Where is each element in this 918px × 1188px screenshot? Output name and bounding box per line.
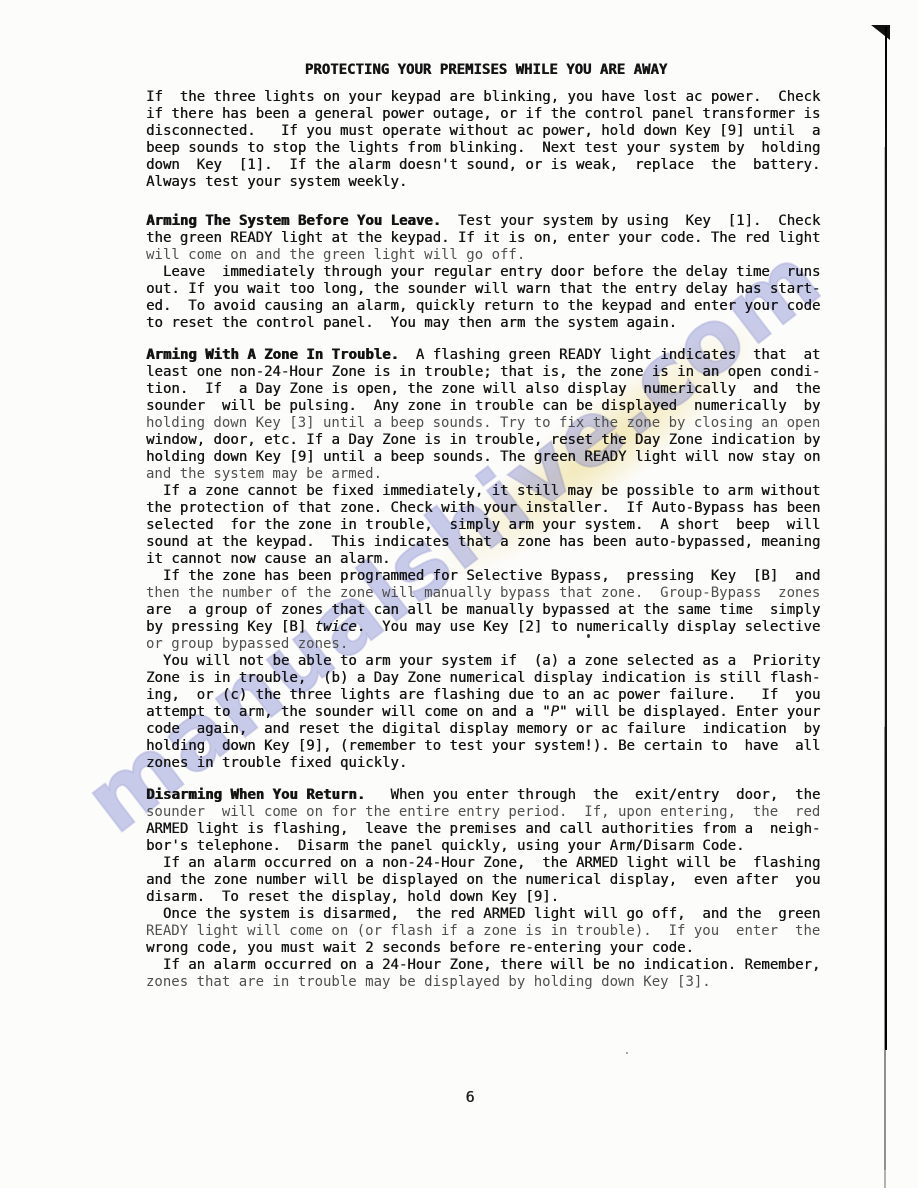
text-line: and the zone number will be displayed on… xyxy=(146,872,826,889)
text-line: If a zone cannot be fixed immediately, i… xyxy=(146,483,826,500)
text-line: Once the system is disarmed, the red ARM… xyxy=(146,906,826,923)
scan-edge-line xyxy=(885,27,887,1050)
text-line: it cannot now cause an alarm. xyxy=(146,551,826,568)
page-number: 6 xyxy=(140,1088,800,1106)
ac-power-paragraph: If the three lights on your keypad are b… xyxy=(146,89,826,191)
text-line: holding down Key [9] until a beep sounds… xyxy=(146,449,826,466)
text-line: to reset the control panel. You may then… xyxy=(146,315,826,332)
text-line: code again, and reset the digital displa… xyxy=(146,721,826,738)
manual-page: manualshive.com PROTECTING YOUR PREMISES… xyxy=(0,0,918,1188)
text-line: You will not be able to arm your system … xyxy=(146,653,826,670)
text-line: If the three lights on your keypad are b… xyxy=(146,89,826,106)
disarming-when-you-return-section: Disarming When You Return. When you ente… xyxy=(146,787,826,991)
text-line: Disarming When You Return. When you ente… xyxy=(146,787,826,804)
text-line: by pressing Key [B] twice. You may use K… xyxy=(146,619,826,636)
text-line: READY light will come on (or flash if a … xyxy=(146,923,826,940)
text-line: window, door, etc. If a Day Zone is in t… xyxy=(146,432,826,449)
text-line: and the system may be armed. xyxy=(146,466,826,483)
text-line: If the zone has been programmed for Sele… xyxy=(146,568,826,585)
page-paragraphs: If the three lights on your keypad are b… xyxy=(146,89,826,991)
text-line: or group bypassed zones. xyxy=(146,636,826,653)
text-line: down Key [1]. If the alarm doesn't sound… xyxy=(146,157,826,174)
text-line: Always test your system weekly. xyxy=(146,174,826,191)
text-line: zones that are in trouble may be display… xyxy=(146,974,826,991)
text-line: ing, or (c) the three lights are flashin… xyxy=(146,687,826,704)
page-title: PROTECTING YOUR PREMISES WHILE YOU ARE A… xyxy=(146,62,826,79)
scan-speck xyxy=(626,1052,628,1054)
text-line: zones in trouble fixed quickly. xyxy=(146,755,826,772)
text-line: Arming The System Before You Leave. Test… xyxy=(146,213,826,230)
text-line: holding down Key [3] until a beep sounds… xyxy=(146,415,826,432)
text-line: tion. If a Day Zone is open, the zone wi… xyxy=(146,381,826,398)
arming-before-you-leave-section: Arming The System Before You Leave. Test… xyxy=(146,213,826,332)
text-line: sound at the keypad. This indicates that… xyxy=(146,534,826,551)
text-line: selected for the zone in trouble, simply… xyxy=(146,517,826,534)
text-line: will come on and the green light will go… xyxy=(146,247,826,264)
text-line: Arming With A Zone In Trouble. A flashin… xyxy=(146,347,826,364)
page-text: PROTECTING YOUR PREMISES WHILE YOU ARE A… xyxy=(146,62,826,991)
text-line: then the number of the zone will manuall… xyxy=(146,585,826,602)
text-line: Leave immediately through your regular e… xyxy=(146,264,826,281)
text-line: If an alarm occurred on a non-24-Hour Zo… xyxy=(146,855,826,872)
arming-with-zone-in-trouble-section: Arming With A Zone In Trouble. A flashin… xyxy=(146,347,826,772)
text-line: disarm. To reset the display, hold down … xyxy=(146,889,826,906)
text-line: bor's telephone. Disarm the panel quickl… xyxy=(146,838,826,855)
text-line: beep sounds to stop the lights from blin… xyxy=(146,140,826,157)
text-line: are a group of zones that can all be man… xyxy=(146,602,826,619)
text-line: least one non-24-Hour Zone is in trouble… xyxy=(146,364,826,381)
text-line: sounder will be pulsing. Any zone in tro… xyxy=(146,398,826,415)
text-line: sounder will come on for the entire entr… xyxy=(146,804,826,821)
text-line: ed. To avoid causing an alarm, quickly r… xyxy=(146,298,826,315)
text-line: attempt to arm, the sounder will come on… xyxy=(146,704,826,721)
text-line: holding down Key [9], (remember to test … xyxy=(146,738,826,755)
text-line: disconnected. If you must operate withou… xyxy=(146,123,826,140)
text-line: if there has been a general power outage… xyxy=(146,106,826,123)
scan-corner-mark xyxy=(871,25,890,40)
text-line: If an alarm occurred on a 24-Hour Zone, … xyxy=(146,957,826,974)
text-line: Zone is in trouble, (b) a Day Zone numer… xyxy=(146,670,826,687)
text-line: the protection of that zone. Check with … xyxy=(146,500,826,517)
text-line: ARMED light is flashing, leave the premi… xyxy=(146,821,826,838)
text-line: the green READY light at the keypad. If … xyxy=(146,230,826,247)
text-line: out. If you wait too long, the sounder w… xyxy=(146,281,826,298)
text-line: wrong code, you must wait 2 seconds befo… xyxy=(146,940,826,957)
